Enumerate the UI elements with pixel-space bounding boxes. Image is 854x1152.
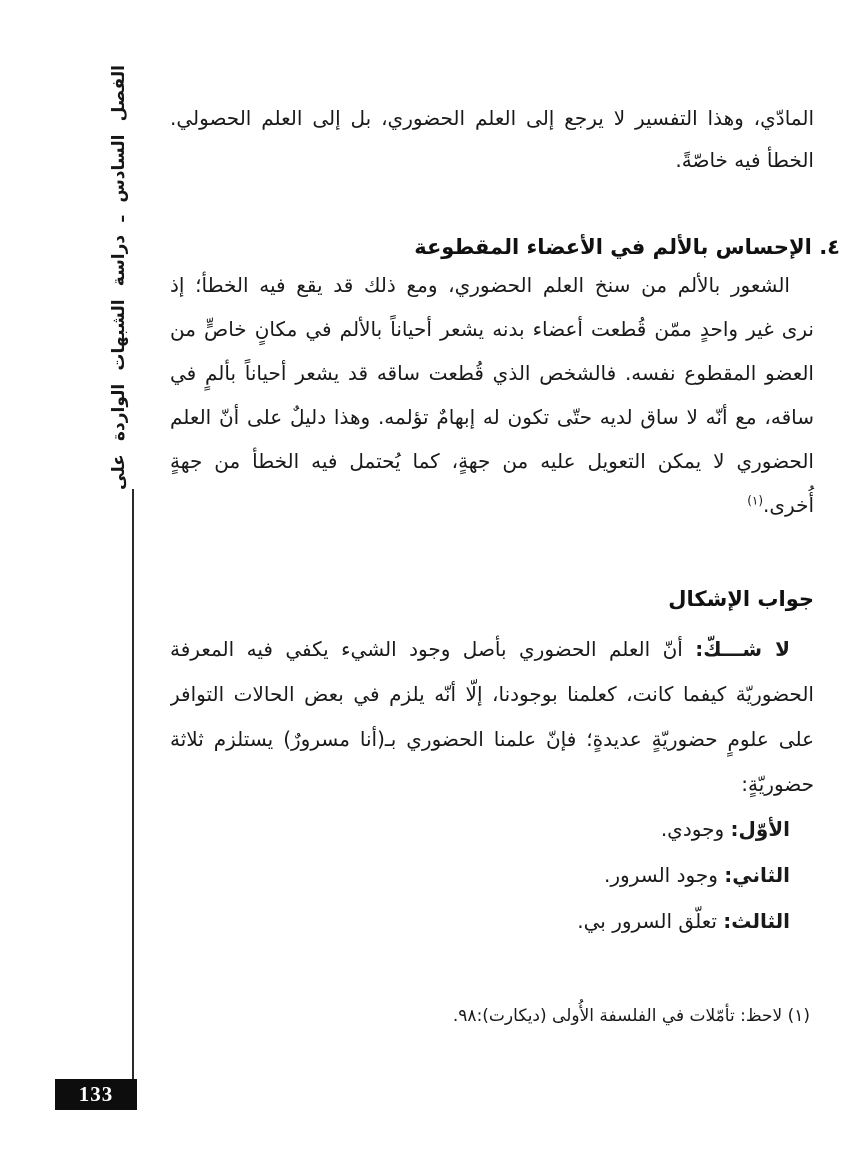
section-heading-answer: جواب الإشكال bbox=[668, 578, 814, 620]
page-number: 133 bbox=[79, 1082, 114, 1107]
body-line: لا شـــكّ: أنّ العلم الحضوري بأصل وجود ا… bbox=[170, 627, 814, 671]
footnote: (١) لاحظ: تأمّلات في الفلسفة الأُولى (دي… bbox=[453, 998, 810, 1034]
sidebar-chapter-title: الفصل السادس ـ دراسة الشبهات الواردة على… bbox=[98, 65, 140, 490]
body-line: العضو المقطوع نفسه. فالشخص الذي قُطعت سا… bbox=[170, 351, 814, 395]
list-item-label: الثاني: bbox=[724, 863, 790, 887]
body-line: الخطأ فيه خاصّةً. bbox=[170, 138, 814, 182]
body-line: الحضوريّة كيفما كانت، كعلمنا بوجودنا، إل… bbox=[170, 672, 814, 716]
list-item: الثاني: وجود السرور. bbox=[170, 853, 814, 897]
paragraph-last-word: أُخرى. bbox=[763, 493, 814, 517]
body-line: حضوريّةٍ: bbox=[170, 762, 814, 806]
book-page: الفصل السادس ـ دراسة الشبهات الواردة على… bbox=[0, 0, 854, 1152]
list-item: الأوّل: وجودي. bbox=[170, 807, 814, 851]
emphasis-no-doubt: لا شـــكّ: bbox=[695, 637, 790, 661]
list-item-label: الثالث: bbox=[723, 909, 790, 933]
body-line: المادّي، وهذا التفسير لا يرجع إلى العلم … bbox=[170, 96, 814, 140]
body-line: على علومٍ حضوريّةٍ عديدةٍ؛ فإنّ علمنا ال… bbox=[170, 717, 814, 761]
body-line: ساقه، مع أنّه لا ساق لديه حتّى تكون له إ… bbox=[170, 395, 814, 439]
body-line: الشعور بالألم من سنخ العلم الحضوري، ومع … bbox=[170, 263, 814, 307]
footnote-ref-marker: (١) bbox=[747, 493, 763, 507]
list-item-label: الأوّل: bbox=[730, 817, 790, 841]
list-item-text: تعلّق السرور بي. bbox=[577, 909, 723, 933]
body-line: نرى غير واحدٍ ممّن قُطعت أعضاء بدنه يشعر… bbox=[170, 307, 814, 351]
section-heading-pain-in-severed-limbs: ٤. الإحساس بالألم في الأعضاء المقطوعة bbox=[414, 226, 840, 268]
body-text: أنّ العلم الحضوري بأصل وجود الشيء يكفي ف… bbox=[170, 637, 695, 661]
list-item: الثالث: تعلّق السرور بي. bbox=[170, 899, 814, 943]
page-number-box: 133 bbox=[55, 1079, 137, 1110]
body-line: الحضوري لا يمكن التعويل عليه من جهةٍ، كم… bbox=[170, 439, 814, 483]
sidebar-rule bbox=[132, 489, 134, 1079]
body-line: أُخرى.(١) bbox=[170, 483, 814, 527]
list-item-text: وجودي. bbox=[661, 817, 731, 841]
list-item-text: وجود السرور. bbox=[604, 863, 724, 887]
